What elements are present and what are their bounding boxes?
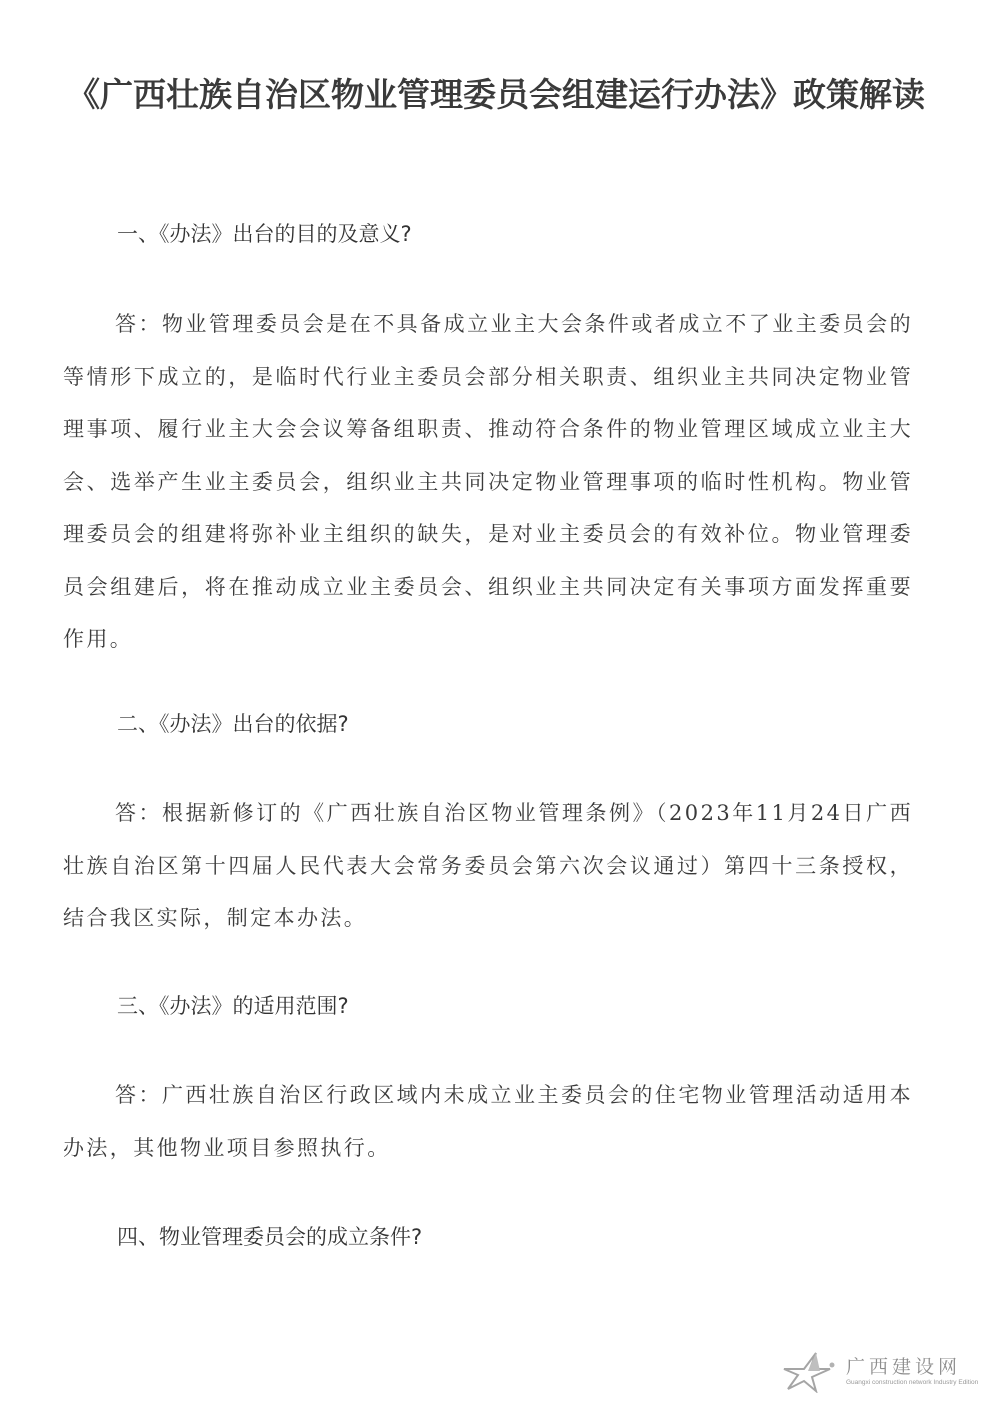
section-heading-1: 一、《办法》出台的目的及意义? — [117, 220, 412, 248]
page-title: 《广西壮族自治区物业管理委员会组建运行办法》政策解读 — [60, 70, 932, 120]
watermark-name-en: Guangxi construction network Industry Ed… — [846, 1378, 978, 1387]
section-answer-2: 答：根据新修订的《广西壮族自治区物业管理条例》（2023年11月24日广西壮族自… — [63, 787, 913, 945]
section-heading-4: 四、物业管理委员会的成立条件? — [117, 1223, 422, 1251]
star-logo-icon — [780, 1349, 840, 1393]
section-answer-1: 答：物业管理委员会是在不具备成立业主大会条件或者成立不了业主委员会的等情形下成立… — [63, 298, 913, 666]
watermark-name-cn: 广西建设网 — [846, 1356, 978, 1378]
section-answer-3: 答：广西壮族自治区行政区域内未成立业主委员会的住宅物业管理活动适用本办法，其他物… — [63, 1069, 913, 1174]
section-heading-3: 三、《办法》的适用范围? — [117, 992, 349, 1020]
watermark-logo: 广西建设网 Guangxi construction network Indus… — [780, 1346, 990, 1396]
section-heading-2: 二、《办法》出台的依据? — [117, 710, 349, 738]
